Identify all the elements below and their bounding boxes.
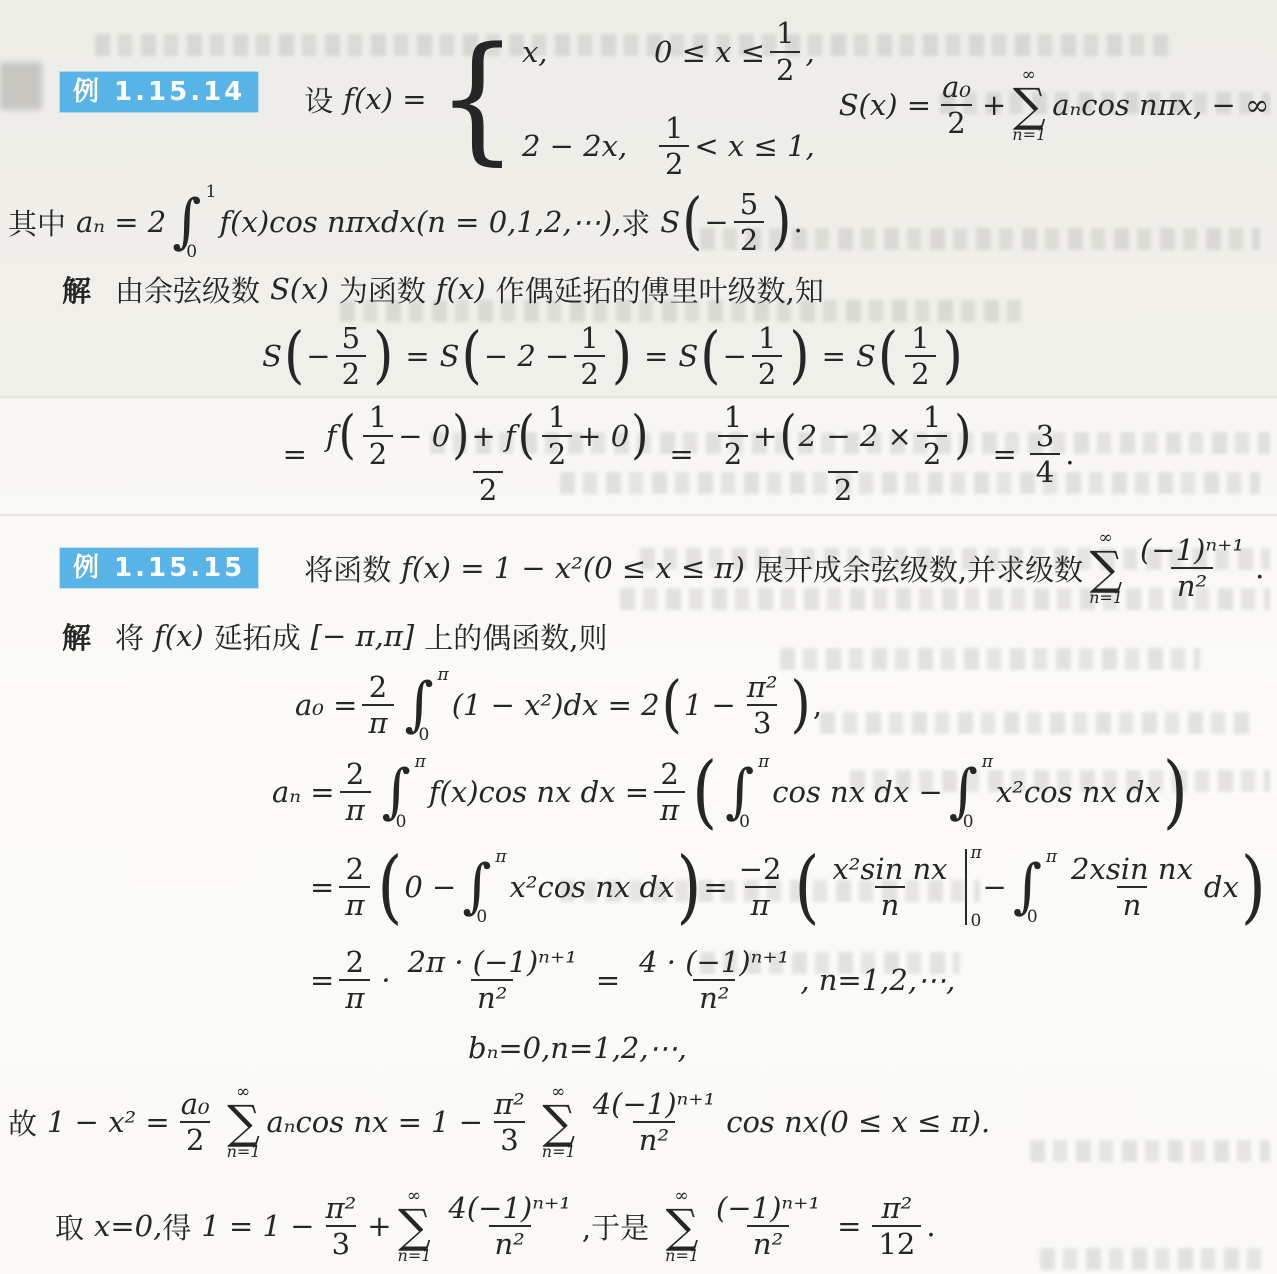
interval-inline: [− π,π] xyxy=(311,619,414,653)
one-equals: 1 = 1 − xyxy=(201,1209,314,1243)
fraction-pi2-over-12: π² 12 xyxy=(872,1192,921,1261)
fraction-denominator: 2 xyxy=(659,145,689,180)
integral-lower-limit: 0 xyxy=(396,812,407,832)
chain-arg-2-prefix: − 2 − xyxy=(484,339,570,373)
left-brace: { xyxy=(437,33,518,164)
equals-sign: = xyxy=(283,437,307,471)
summation-symbol: ∞ ∑ n=1 xyxy=(227,1084,261,1161)
fraction-denominator: n² xyxy=(489,1225,531,1260)
fraction-denominator: 2 xyxy=(828,471,858,506)
big-fraction-f-values: f ( 1 2 − 0 ) + f ( 1 2 + 0 ) 2 xyxy=(320,401,657,506)
example-14-label-badge: 例 1.15.14 xyxy=(60,72,258,113)
series-terms: aₙcos nπx, − ∞ < x < + ∞, xyxy=(1052,88,1277,122)
fraction-numerator: π² xyxy=(741,671,784,704)
fraction-numerator: 1 xyxy=(659,112,689,145)
fraction-2pi-result: 2π · (−1)ⁿ⁺¹ n² xyxy=(402,946,583,1015)
x-equals-zero: x=0, xyxy=(94,1209,162,1243)
fraction-numerator: 1 xyxy=(917,401,947,434)
open-paren: ( xyxy=(284,325,304,386)
integral-upper-limit: 1 xyxy=(206,182,217,202)
sum-lower-limit: n=1 xyxy=(227,1144,261,1160)
statement-text-2: 展开成余弦级数,并求级数 xyxy=(755,548,1083,589)
case-1-comma: , xyxy=(805,35,814,69)
expansion-middle: aₙcos nx = 1 − xyxy=(267,1105,484,1139)
sum-lower-limit: n=1 xyxy=(1089,590,1123,606)
fraction-denominator: π xyxy=(340,791,371,826)
fraction-numerator: 2π · (−1)ⁿ⁺¹ xyxy=(402,946,583,979)
close-paren: ) xyxy=(631,410,648,462)
sigma-glyph: ∑ xyxy=(1013,84,1046,128)
close-paren: ) xyxy=(1241,847,1266,927)
open-paren: ( xyxy=(518,410,535,462)
two-minus-two-times: 2 − 2 × xyxy=(799,420,912,452)
s-value-computation-row: = f ( 1 2 − 0 ) + f ( 1 2 + 0 ) 2 xyxy=(0,400,1277,508)
sum-lower-limit: n=1 xyxy=(542,1144,576,1160)
fraction-numerator: 4(−1)ⁿ⁺¹ xyxy=(587,1088,722,1121)
comma: , xyxy=(813,688,822,722)
scan-smudge xyxy=(0,62,42,110)
fraction-x2sin-over-n: x²sin nx n xyxy=(826,853,953,922)
piecewise-case-2: 2 − 2x, 1 2 < x ≤ 1, xyxy=(522,112,815,181)
big-fraction-values: 1 2 + ( 2 − 2 × 1 2 ) 2 xyxy=(707,401,980,506)
sigma-glyph: ∑ xyxy=(398,1205,431,1249)
fraction-2xsin-over-n: 2xsin nx n xyxy=(1065,853,1199,922)
fraction-a0-over-2: a₀ 2 xyxy=(175,1088,216,1157)
fraction-denominator: n xyxy=(1117,886,1148,921)
fraction-denominator: 3 xyxy=(326,1225,356,1260)
fraction-denominator: 2 xyxy=(542,435,572,470)
fraction-denominator: π xyxy=(654,791,685,826)
x2cos-term: x²cos nx dx xyxy=(510,870,675,904)
fraction-denominator: 2 xyxy=(905,355,935,390)
fraction-five-halves: 5 2 xyxy=(336,322,366,391)
bn-zero-row: bₙ=0,n=1,2,⋯, xyxy=(468,1022,687,1074)
fraction-a0-over-2: a₀ 2 xyxy=(936,71,977,140)
minus-zero: − 0 xyxy=(398,420,450,452)
fraction-denominator: 3 xyxy=(747,704,777,739)
fraction-denominator: 2 xyxy=(752,355,782,390)
fraction-pi2-over-3: π² 3 xyxy=(741,671,784,740)
fraction-two-over-pi: 2 π xyxy=(340,758,371,827)
fraction-one-half: 1 2 xyxy=(905,322,935,391)
solution-1-intro-row: 解 由余弦级数 S(x) 为函数 f(x) 作偶延拓的傅里叶级数,知 xyxy=(62,264,824,314)
close-paren: ) xyxy=(954,410,971,462)
plus-sign: + xyxy=(982,88,1006,122)
sum-lower-limit: n=1 xyxy=(665,1248,699,1264)
period: . xyxy=(793,205,802,239)
close-paren: ) xyxy=(789,325,809,386)
bn-statement: bₙ=0,n=1,2,⋯, xyxy=(468,1031,687,1065)
case-2-condition: < x ≤ 1, xyxy=(694,129,814,163)
one-minus: 1 − xyxy=(684,688,736,722)
fraction-denominator: 2 xyxy=(336,355,366,390)
sum-lower-limit: n=1 xyxy=(1012,127,1046,143)
summation-symbol: ∞ ∑ n=1 xyxy=(1012,67,1046,144)
coefficient-condition-row: 其中 aₙ = 2 ∫ 1 0 f(x)cos nπxdx(n = 0,1,2,… xyxy=(8,183,803,261)
spacer xyxy=(522,86,815,112)
fraction-numerator: 1 2 + ( 2 − 2 × 1 2 ) xyxy=(707,401,980,471)
multiplication-dot: · xyxy=(381,963,390,997)
solution-2-intro-row: 解 将 f(x) 延拓成 [− π,π] 上的偶函数,则 xyxy=(62,610,607,662)
open-paren: ( xyxy=(700,325,720,386)
equals-sign: = xyxy=(310,870,334,904)
integral-upper-limit: π xyxy=(1046,847,1057,867)
chain-arg-3-sign: − xyxy=(723,339,747,373)
fraction-alternating-series: (−1)ⁿ⁺¹ n² xyxy=(1134,534,1250,603)
integral-lower-limit: 0 xyxy=(963,812,974,832)
integrand-text: f(x)cos nπxdx(n = 0,1,2,⋯), xyxy=(219,205,621,239)
fraction-denominator: n² xyxy=(471,979,513,1014)
solution-text-2: 延拓成 xyxy=(214,616,301,657)
fraction-numerator: 2xsin nx xyxy=(1065,853,1199,886)
expansion-tail: cos nx(0 ≤ x ≤ π). xyxy=(726,1105,990,1139)
an-integrand: f(x)cos nx dx = xyxy=(429,775,649,809)
fraction-denominator: 2 xyxy=(180,1121,210,1156)
fraction-denominator: 2 xyxy=(734,221,764,256)
a0-lhs: a₀ = xyxy=(295,688,357,722)
statement-function: f(x) = 1 − x²(0 ≤ x ≤ π) xyxy=(401,551,745,585)
textbook-page-scan: 例 1.15.14 设 f(x) = { x, 0 ≤ x ≤ 1 2 , xyxy=(0,0,1277,1274)
piecewise-definition: { x, 0 ≤ x ≤ 1 2 , 2 − 2x, 1 2 xyxy=(437,17,815,181)
close-paren: ) xyxy=(791,674,811,735)
dx-term: dx xyxy=(1204,870,1239,904)
fraction-numerator: 5 xyxy=(336,322,366,355)
equals-sign: = xyxy=(310,963,334,997)
fraction-two-over-pi: 2 π xyxy=(339,946,370,1015)
an-coefficient-lhs: aₙ = 2 xyxy=(76,205,166,239)
eval-lower-limit: 0 xyxy=(971,911,982,931)
summation-symbol: ∞ ∑ n=1 xyxy=(665,1188,699,1265)
fraction-numerator: 1 xyxy=(718,401,748,434)
summation-symbol: ∞ ∑ n=1 xyxy=(398,1188,432,1265)
fraction-numerator: 4 · (−1)ⁿ⁺¹ xyxy=(633,946,795,979)
integral-0-to-pi: ∫ π 0 xyxy=(403,677,448,733)
fraction-numerator: 3 xyxy=(1030,420,1060,453)
integral-lower-limit: 0 xyxy=(419,725,430,745)
expansion-lhs: 1 − x² = xyxy=(47,1105,170,1139)
example-15-label-badge: 例 1.15.15 xyxy=(60,548,258,589)
fraction-numerator: 1 xyxy=(363,401,393,434)
yushi-text: ,于是 xyxy=(582,1206,649,1247)
fraction-pi2-over-3: π² 3 xyxy=(320,1192,363,1261)
an-computation-row-2: = 2 π ( 0 − ∫ π 0 x²cos nx dx ) = −2 π (… xyxy=(310,838,1268,936)
example-15-heading-row: 例 1.15.15 将函数 f(x) = 1 − x²(0 ≤ x ≤ π) 展… xyxy=(60,526,1264,610)
solution-label: 解 xyxy=(62,269,91,310)
fraction-one-half: 1 2 xyxy=(718,401,748,470)
fraction-denominator: 2 xyxy=(473,471,503,506)
cos-term: cos nx dx − xyxy=(772,775,943,809)
solution-text-1: 由余弦级数 xyxy=(115,269,260,310)
open-paren: ( xyxy=(462,325,482,386)
integral-lower-limit: 0 xyxy=(1027,907,1038,927)
integral-upper-limit: π xyxy=(982,752,993,772)
solution-text-2: 为函数 xyxy=(339,269,426,310)
open-paren: ( xyxy=(682,191,702,252)
equals-sign: = xyxy=(822,339,846,373)
fraction-numerator: 1 xyxy=(752,322,782,355)
S-letter: S xyxy=(678,339,698,373)
fraction-numerator: 2 xyxy=(340,758,370,791)
qu-text: 取 xyxy=(55,1206,84,1247)
qizhong-text: 其中 xyxy=(8,202,66,243)
eval-upper-limit: π xyxy=(971,843,982,863)
fraction-denominator: n xyxy=(875,886,906,921)
solution-label: 解 xyxy=(62,616,91,657)
fraction-numerator: π² xyxy=(876,1192,919,1225)
lead-text: 设 xyxy=(304,79,333,120)
integral-upper-limit: π xyxy=(495,847,506,867)
integral-0-to-pi: ∫ π 0 xyxy=(1011,859,1056,915)
fraction-denominator: n² xyxy=(1171,567,1213,602)
fraction-denominator: n² xyxy=(747,1225,789,1260)
n-range-tail: , n=1,2,⋯, xyxy=(800,963,955,997)
plus-sign: + xyxy=(753,420,777,452)
gu-text: 故 xyxy=(8,1102,37,1143)
close-paren: ) xyxy=(771,191,791,252)
fraction-denominator: 4 xyxy=(1030,453,1060,488)
piecewise-case-1: x, 0 ≤ x ≤ 1 2 , xyxy=(522,17,815,86)
bleed-through-artifact xyxy=(1030,1140,1270,1162)
fraction-denominator: 2 xyxy=(574,355,604,390)
fraction-denominator: 2 xyxy=(363,435,393,470)
fraction-numerator: 4(−1)ⁿ⁺¹ xyxy=(442,1192,577,1225)
fraction-numerator: 5 xyxy=(734,188,764,221)
close-paren: ) xyxy=(1163,752,1188,832)
x2cos-term: x²cos nx dx xyxy=(996,775,1161,809)
fraction-one-half: 1 2 xyxy=(363,401,393,470)
fraction-numerator: 1 xyxy=(770,17,800,50)
integral-lower-limit: 0 xyxy=(739,812,750,832)
bleed-through-artifact xyxy=(780,648,1200,670)
equals-sign: = xyxy=(596,963,620,997)
open-paren: ( xyxy=(779,410,796,462)
sigma-glyph: ∑ xyxy=(1090,547,1123,591)
fraction-two-over-pi: 2 π xyxy=(362,671,393,740)
function-lhs: f(x) = xyxy=(343,82,426,116)
fraction-two-over-pi: 2 π xyxy=(339,853,370,922)
f-letter: f xyxy=(326,420,337,452)
fraction-denominator: n² xyxy=(633,1121,675,1156)
fraction-denominator: 2 xyxy=(917,435,947,470)
period: . xyxy=(1065,437,1074,471)
sum-lower-limit: n=1 xyxy=(398,1248,432,1264)
integral-0-to-pi: ∫ π 0 xyxy=(380,764,425,820)
example-14-heading-row: 例 1.15.14 设 f(x) = { x, 0 ≤ x ≤ 1 2 , xyxy=(60,18,1277,180)
open-paren: ( xyxy=(794,847,819,927)
fraction-4-result: 4(−1)ⁿ⁺¹ n² xyxy=(442,1192,577,1261)
fraction-denominator: 3 xyxy=(494,1121,524,1156)
fraction-numerator: x²sin nx xyxy=(826,853,953,886)
fraction-one-half: 1 2 xyxy=(752,322,782,391)
fraction-one-half: 1 2 xyxy=(574,322,604,391)
open-paren: ( xyxy=(339,410,356,462)
series-lhs: S(x) = xyxy=(839,88,931,122)
fraction-denominator: π xyxy=(745,886,776,921)
fraction-pi2-over-3: π² 3 xyxy=(488,1088,531,1157)
equals-sign: = xyxy=(992,437,1016,471)
sigma-glyph: ∑ xyxy=(227,1101,260,1145)
fraction-denominator: n² xyxy=(693,979,735,1014)
fraction-neg-two-over-pi: −2 π xyxy=(733,853,788,922)
evaluation-bar-0-to-pi: π 0 xyxy=(965,849,967,925)
fraction-denominator: π xyxy=(339,886,370,921)
fraction-numerator: a₀ xyxy=(175,1088,216,1121)
solution-text-3: 上的偶函数,则 xyxy=(424,616,607,657)
Sx-inline: S(x) xyxy=(270,272,329,306)
fraction-denominator: 12 xyxy=(872,1225,921,1260)
series-expansion-row: 故 1 − x² = a₀ 2 ∞ ∑ n=1 aₙcos nx = 1 − π… xyxy=(8,1072,990,1172)
zero-minus: 0 − xyxy=(404,870,456,904)
fraction-three-fourths: 3 4 xyxy=(1030,420,1060,489)
fraction-4-result: 4(−1)ⁿ⁺¹ n² xyxy=(587,1088,722,1157)
bleed-through-artifact xyxy=(1040,1248,1270,1270)
fraction-numerator: 2 xyxy=(654,758,684,791)
S-letter: S xyxy=(440,339,460,373)
integral-lower-limit: 0 xyxy=(476,907,487,927)
close-paren: ) xyxy=(373,325,393,386)
fraction-one-half: 1 2 xyxy=(659,112,689,181)
period: . xyxy=(1255,551,1264,585)
a0-integrand: (1 − x²)dx = 2 xyxy=(452,688,660,722)
fraction-numerator: 1 xyxy=(905,322,935,355)
integral-lower-limit: 0 xyxy=(186,242,197,262)
fraction-numerator: 1 xyxy=(542,401,572,434)
open-paren: ( xyxy=(878,325,898,386)
fraction-denominator: 2 xyxy=(941,104,971,139)
cosine-series-definition: S(x) = a₀ 2 + ∞ ∑ n=1 aₙcos nπx, − ∞ < x… xyxy=(839,67,1277,144)
S-letter: S xyxy=(856,339,876,373)
s-value-chain-row: S ( − 5 2 ) = S ( − 2 − 1 2 ) = S ( − 1 … xyxy=(0,312,1277,400)
equals-sign: = xyxy=(703,870,727,904)
solution-text-3: 作偶延拓的傅里叶级数,知 xyxy=(496,269,824,310)
case-1-condition: 0 ≤ x ≤ xyxy=(654,35,765,69)
close-paren: ) xyxy=(452,410,469,462)
an-lhs: aₙ = xyxy=(272,775,335,809)
minus-sign: − xyxy=(704,205,728,239)
plus-zero: + 0 xyxy=(577,420,629,452)
S-letter: S xyxy=(660,205,680,239)
a0-computation-row: a₀ = 2 π ∫ π 0 (1 − x²)dx = 2 ( 1 − π² 3… xyxy=(295,662,822,748)
summation-symbol: ∞ ∑ n=1 xyxy=(1089,530,1123,607)
integral-0-to-1: ∫ 1 0 xyxy=(170,194,215,250)
fraction-numerator: −2 xyxy=(733,853,788,886)
scan-seam xyxy=(0,514,1277,517)
fraction-numerator: f ( 1 2 − 0 ) + f ( 1 2 + 0 ) xyxy=(320,401,657,471)
S-letter: S xyxy=(262,339,282,373)
close-paren: ) xyxy=(676,847,701,927)
fraction-numerator: (−1)ⁿ⁺¹ xyxy=(1134,534,1250,567)
integral-0-to-pi: ∫ π 0 xyxy=(947,764,992,820)
fraction-numerator: 1 xyxy=(574,322,604,355)
sigma-glyph: ∑ xyxy=(542,1101,575,1145)
piecewise-cases: x, 0 ≤ x ≤ 1 2 , 2 − 2x, 1 2 < x ≤ 1, xyxy=(522,17,815,181)
case-1-expression: x, xyxy=(522,35,654,69)
summation-symbol: ∞ ∑ n=1 xyxy=(542,1084,576,1161)
fraction-denominator: π xyxy=(362,704,393,739)
open-paren: ( xyxy=(662,674,682,735)
bleed-through-artifact xyxy=(820,712,1250,734)
open-paren: ( xyxy=(692,752,717,832)
qiu-text: 求 xyxy=(621,202,650,243)
fx-inline: f(x) xyxy=(154,619,204,653)
fraction-numerator: 2 xyxy=(363,671,393,704)
fraction-numerator: π² xyxy=(320,1192,363,1225)
fraction-numerator: a₀ xyxy=(936,71,977,104)
equals-sign: = xyxy=(405,339,429,373)
fraction-denominator: 2 xyxy=(718,435,748,470)
equals-sign: = xyxy=(669,437,693,471)
fraction-denominator: π xyxy=(339,979,370,1014)
de-text: 得 xyxy=(162,1206,191,1247)
integral-upper-limit: π xyxy=(758,752,769,772)
plus-f: + f xyxy=(471,420,515,452)
statement-text-1: 将函数 xyxy=(304,548,391,589)
open-paren: ( xyxy=(377,847,402,927)
sigma-glyph: ∑ xyxy=(666,1205,699,1249)
fraction-numerator: π² xyxy=(488,1088,531,1121)
equals-sign: = xyxy=(644,339,668,373)
chain-arg-1-sign: − xyxy=(306,339,330,373)
final-result-row: 取 x=0, 得 1 = 1 − π² 3 + ∞ ∑ n=1 4(−1)ⁿ⁺¹… xyxy=(55,1178,936,1274)
fraction-alternating-series: (−1)ⁿ⁺¹ n² xyxy=(710,1192,826,1261)
case-2-expression: 2 − 2x, xyxy=(522,129,654,163)
fraction-five-halves: 5 2 xyxy=(734,188,764,257)
fraction-one-half: 1 2 xyxy=(542,401,572,470)
fraction-numerator: (−1)ⁿ⁺¹ xyxy=(710,1192,826,1225)
integral-0-to-pi: ∫ π 0 xyxy=(460,859,505,915)
fraction-one-half: 1 2 xyxy=(770,17,800,86)
integral-upper-limit: π xyxy=(415,752,426,772)
fraction-numerator: 2 xyxy=(340,853,370,886)
period: . xyxy=(926,1209,935,1243)
plus-sign: + xyxy=(367,1209,391,1243)
integral-upper-limit: π xyxy=(438,665,449,685)
solution-text-1: 将 xyxy=(115,616,144,657)
close-paren: ) xyxy=(943,325,963,386)
close-paren: ) xyxy=(612,325,632,386)
fx-inline: f(x) xyxy=(436,272,486,306)
fraction-4-result: 4 · (−1)ⁿ⁺¹ n² xyxy=(633,946,795,1015)
fraction-denominator: 2 xyxy=(770,51,800,86)
fraction-two-over-pi: 2 π xyxy=(654,758,685,827)
integral-0-to-pi: ∫ π 0 xyxy=(723,764,768,820)
fraction-numerator: 2 xyxy=(340,946,370,979)
fraction-one-half: 1 2 xyxy=(917,401,947,470)
an-computation-row-1: aₙ = 2 π ∫ π 0 f(x)cos nx dx = 2 π ( ∫ π… xyxy=(272,748,1190,836)
minus-sign: − xyxy=(983,870,1007,904)
an-computation-row-3: = 2 π · 2π · (−1)ⁿ⁺¹ n² = 4 · (−1)ⁿ⁺¹ n²… xyxy=(310,936,955,1024)
equals-sign: = xyxy=(837,1209,861,1243)
